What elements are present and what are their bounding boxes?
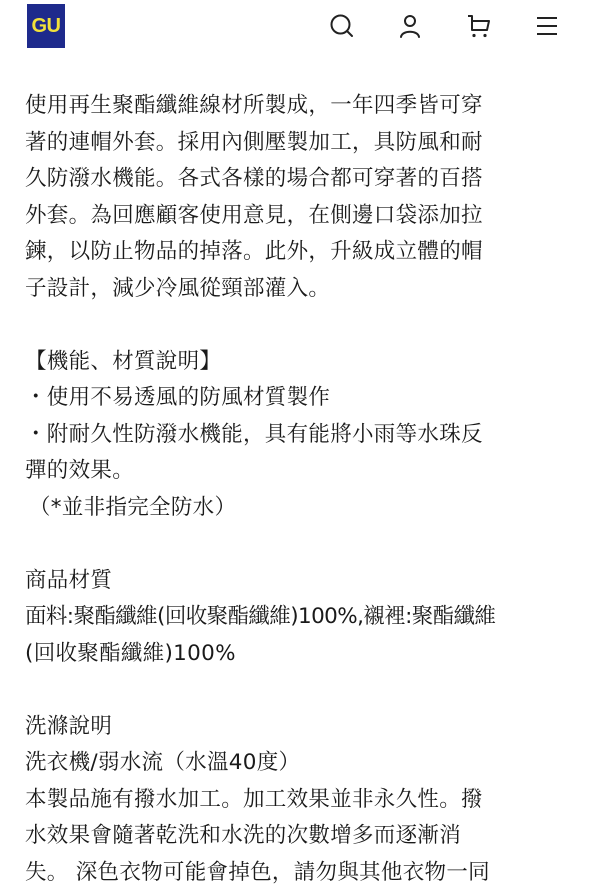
care-heading: 洗滌說明 xyxy=(25,709,585,746)
site-header: GU xyxy=(0,0,600,60)
menu-button[interactable] xyxy=(531,10,563,42)
material-line: 面料:聚酯纖維(回收聚酯纖維)100%,襯裡:聚酯纖維 xyxy=(25,599,585,636)
feature-line: （*並非指完全防水） xyxy=(25,490,585,527)
search-button[interactable] xyxy=(326,10,358,42)
care-section: 洗滌說明 洗衣機/弱水流（水溫40度） 本製品施有撥水加工。加工效果並非永久性。… xyxy=(25,709,585,891)
feature-line: ・附耐久性防潑水機能，具有能將小雨等水珠反 xyxy=(25,417,585,454)
description-line: 鍊，以防止物品的掉落。此外，升級成立體的帽 xyxy=(25,234,585,271)
description-line: 著的連帽外套。採用內側壓製加工，具防風和耐 xyxy=(25,125,585,162)
material-line: (回收聚酯纖維)100% xyxy=(25,636,585,673)
cart-icon xyxy=(465,12,493,40)
menu-icon xyxy=(533,12,561,40)
logo-text: GU xyxy=(32,15,61,38)
features-heading: 【機能、材質說明】 xyxy=(25,344,585,381)
care-line: 失。 深色衣物可能會掉色，請勿與其他衣物一同 xyxy=(25,855,585,891)
account-icon xyxy=(396,12,424,40)
feature-line: 彈的效果。 xyxy=(25,453,585,490)
description-line: 久防潑水機能。各式各樣的場合都可穿著的百搭 xyxy=(25,161,585,198)
spacer xyxy=(25,672,585,709)
care-line: 洗衣機/弱水流（水溫40度） xyxy=(25,745,585,782)
spacer xyxy=(25,307,585,344)
spacer xyxy=(25,526,585,563)
cart-button[interactable] xyxy=(463,10,495,42)
features-section: 【機能、材質說明】 ・使用不易透風的防風材質製作 ・附耐久性防潑水機能，具有能將… xyxy=(25,344,585,527)
search-icon xyxy=(328,12,356,40)
material-section: 商品材質 面料:聚酯纖維(回收聚酯纖維)100%,襯裡:聚酯纖維 (回收聚酯纖維… xyxy=(25,563,585,673)
account-button[interactable] xyxy=(394,10,426,42)
care-line: 水效果會隨著乾洗和水洗的次數增多而逐漸消 xyxy=(25,818,585,855)
product-description: 使用再生聚酯纖維線材所製成，一年四季皆可穿 著的連帽外套。採用內側壓製加工，具防… xyxy=(25,88,585,891)
description-line: 使用再生聚酯纖維線材所製成，一年四季皆可穿 xyxy=(25,88,585,125)
care-line: 本製品施有撥水加工。加工效果並非永久性。撥 xyxy=(25,782,585,819)
material-heading: 商品材質 xyxy=(25,563,585,600)
description-line: 外套。為回應顧客使用意見，在側邊口袋添加拉 xyxy=(25,198,585,235)
feature-line: ・使用不易透風的防風材質製作 xyxy=(25,380,585,417)
description-line: 子設計，減少冷風從頸部灌入。 xyxy=(25,271,585,308)
description-section: 使用再生聚酯纖維線材所製成，一年四季皆可穿 著的連帽外套。採用內側壓製加工，具防… xyxy=(25,88,585,307)
gu-logo[interactable]: GU xyxy=(27,4,65,48)
